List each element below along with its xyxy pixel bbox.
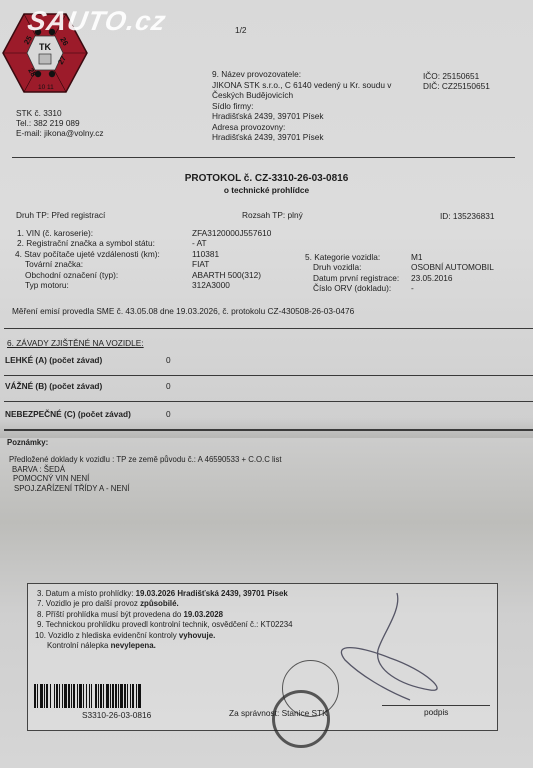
station-email[interactable]: E-mail: jikona@volny.cz bbox=[16, 128, 104, 139]
footer-line-text: 7. Vozidlo je pro další provoz bbox=[37, 599, 140, 608]
vehicle-details-left: 1. VIN (č. karoserie):ZFA3120000J5576102… bbox=[15, 228, 271, 290]
operator-premises: Hradišťská 2439, 39701 Písek bbox=[212, 132, 391, 143]
divider bbox=[4, 430, 533, 431]
operator-seat-label: Sídlo firmy: bbox=[212, 101, 391, 112]
footer-line: 8. Příští prohlídka musí být provedena d… bbox=[35, 610, 293, 620]
station-phone: Tel.: 382 219 089 bbox=[16, 118, 80, 129]
defect-count: 0 bbox=[166, 381, 171, 392]
vehicle-field-label: Druh vozidla: bbox=[305, 262, 411, 272]
shadow-band bbox=[0, 418, 533, 438]
vehicle-field: 5. Kategorie vozidla:M1 bbox=[305, 252, 494, 262]
watermark-logo: SAUTO.cz bbox=[25, 6, 168, 37]
footer-line: Kontrolní nálepka nevylepena. bbox=[35, 641, 293, 651]
footer-line-text: Kontrolní nálepka bbox=[47, 641, 111, 650]
divider bbox=[4, 375, 533, 376]
inspection-type: Druh TP: Před registrací bbox=[16, 210, 105, 221]
vehicle-field-label: Datum první registrace: bbox=[305, 273, 411, 283]
footer-line: 10. Vozidlo z hlediska evidenční kontrol… bbox=[35, 631, 293, 641]
vehicle-field: Číslo ORV (dokladu):- bbox=[305, 283, 494, 293]
footer-line-text: 3. Datum a místo prohlídky: bbox=[37, 589, 136, 598]
footer-line-text: 8. Příští prohlídka musí být provedena d… bbox=[37, 610, 184, 619]
note-line: SPOJ.ZAŘÍZENÍ TŘÍDY A - NENÍ bbox=[9, 484, 282, 494]
barcode-text: S3310-26-03-0816 bbox=[82, 710, 151, 721]
vehicle-field: Obchodní označení (typ):ABARTH 500(312) bbox=[15, 270, 271, 280]
notes-list: Předložené doklady k vozidlu : TP ze zem… bbox=[9, 455, 282, 493]
vehicle-field-label: Číslo ORV (dokladu): bbox=[305, 283, 411, 293]
vehicle-field: Druh vozidla:OSOBNÍ AUTOMOBIL bbox=[305, 262, 494, 272]
signature-line bbox=[382, 705, 490, 706]
defect-label: LEHKÉ (A) (počet závad) bbox=[5, 355, 102, 366]
vehicle-field-label: 4. Stav počítače ujeté vzdálenosti (km): bbox=[15, 249, 192, 259]
footer-line-value: 19.03.2028 bbox=[184, 610, 224, 619]
note-line: POMOCNÝ VIN NENÍ bbox=[9, 474, 282, 484]
vehicle-field-label: 5. Kategorie vozidla: bbox=[305, 252, 411, 262]
vehicle-field-value: ZFA3120000J557610 bbox=[192, 228, 271, 238]
vehicle-field-label: 2. Registrační značka a symbol státu: bbox=[15, 238, 192, 248]
operator-name-line2: Českých Budějovicích bbox=[212, 90, 391, 101]
footer-line: 7. Vozidlo je pro další provoz způsobilé… bbox=[35, 599, 293, 609]
footer-line: 9. Technickou prohlídku provedl kontroln… bbox=[35, 620, 293, 630]
footer-line-text: 10. Vozidlo z hlediska evidenční kontrol… bbox=[35, 631, 179, 640]
correctness-label: Za správnost: Stanice STK bbox=[229, 708, 328, 719]
page-number: 1/2 bbox=[235, 25, 247, 36]
note-line: Předložené doklady k vozidlu : TP ze zem… bbox=[9, 455, 282, 465]
dic: DIČ: CZ25150651 bbox=[423, 81, 490, 92]
vehicle-field-value: 110381 bbox=[192, 249, 219, 259]
vehicle-field-value: FIAT bbox=[192, 259, 209, 269]
operator-premises-label: Adresa provozovny: bbox=[212, 122, 391, 133]
signature-label: podpis bbox=[424, 707, 448, 718]
stk-number: STK č. 3310 bbox=[16, 108, 62, 119]
footer-lines: 3. Datum a místo prohlídky: 19.03.2026 H… bbox=[35, 589, 293, 651]
vehicle-details-right: 5. Kategorie vozidla:M1Druh vozidla:OSOB… bbox=[305, 252, 494, 294]
vehicle-field: 2. Registrační značka a symbol státu:- A… bbox=[15, 238, 271, 248]
defects-heading: 6. ZÁVADY ZJIŠTĚNÉ NA VOZIDLE: bbox=[7, 338, 144, 349]
vehicle-field-value: - AT bbox=[192, 238, 207, 248]
ico: IČO: 25150651 bbox=[423, 71, 479, 82]
vehicle-field: 4. Stav počítače ujeté vzdálenosti (km):… bbox=[15, 249, 271, 259]
vehicle-field-label: Obchodní označení (typ): bbox=[15, 270, 192, 280]
footer-line-value: 19.03.2026 Hradišťská 2439, 39701 Písek bbox=[136, 589, 288, 598]
inspection-scope: Rozsah TP: plný bbox=[242, 210, 303, 221]
emissions-note: Měření emisí provedla SME č. 43.05.08 dn… bbox=[12, 306, 354, 317]
svg-text:TK: TK bbox=[39, 42, 51, 52]
inspection-id: ID: 135236831 bbox=[440, 211, 494, 222]
protocol-subtitle: o technické prohlídce bbox=[0, 185, 533, 195]
official-stamp-icon bbox=[272, 690, 330, 748]
vehicle-field-label: Typ motoru: bbox=[15, 280, 192, 290]
notes-heading: Poznámky: bbox=[7, 438, 48, 449]
operator-seat: Hradišťská 2439, 39701 Písek bbox=[212, 111, 391, 122]
footer-line: 3. Datum a místo prohlídky: 19.03.2026 H… bbox=[35, 589, 293, 599]
vehicle-field: Typ motoru:312A3000 bbox=[15, 280, 271, 290]
svg-text:10 11: 10 11 bbox=[38, 84, 54, 91]
vehicle-field: 1. VIN (č. karoserie):ZFA3120000J557610 bbox=[15, 228, 271, 238]
defect-label: VÁŽNÉ (B) (počet závad) bbox=[5, 381, 102, 392]
barcode-icon bbox=[34, 684, 219, 708]
vehicle-field-value: 312A3000 bbox=[192, 280, 230, 290]
operator-block: 9. Název provozovatele: JIKONA STK s.r.o… bbox=[212, 69, 391, 143]
vehicle-field: Datum první registrace:23.05.2016 bbox=[305, 273, 494, 283]
vehicle-field: Tovární značka:FIAT bbox=[15, 259, 271, 269]
vehicle-field-value: M1 bbox=[411, 252, 423, 262]
vehicle-field-value: 23.05.2016 bbox=[411, 273, 453, 283]
footer-line-value: vyhovuje. bbox=[179, 631, 215, 640]
defect-label: NEBEZPEČNÉ (C) (počet závad) bbox=[5, 409, 131, 420]
protocol-title: PROTOKOL č. CZ-3310-26-03-0816 bbox=[0, 173, 533, 184]
signature-icon bbox=[330, 590, 480, 705]
footer-line-value: nevylepena. bbox=[111, 641, 156, 650]
operator-heading: 9. Název provozovatele: bbox=[212, 69, 391, 80]
note-line: BARVA : ŠEDÁ bbox=[9, 465, 282, 475]
vehicle-field-value: ABARTH 500(312) bbox=[192, 270, 261, 280]
footer-line-text: 9. Technickou prohlídku provedl kontroln… bbox=[37, 620, 293, 629]
vehicle-field-label: 1. VIN (č. karoserie): bbox=[15, 228, 192, 238]
defect-count: 0 bbox=[166, 409, 171, 420]
divider bbox=[4, 328, 533, 329]
vehicle-field-value: OSOBNÍ AUTOMOBIL bbox=[411, 262, 494, 272]
operator-name-line1: JIKONA STK s.r.o., C 6140 vedený u Kr. s… bbox=[212, 80, 391, 91]
footer-line-value: způsobilé. bbox=[140, 599, 179, 608]
vehicle-field-label: Tovární značka: bbox=[15, 259, 192, 269]
vehicle-field-value: - bbox=[411, 283, 414, 293]
divider bbox=[12, 157, 515, 158]
divider bbox=[4, 401, 533, 402]
defect-count: 0 bbox=[166, 355, 171, 366]
